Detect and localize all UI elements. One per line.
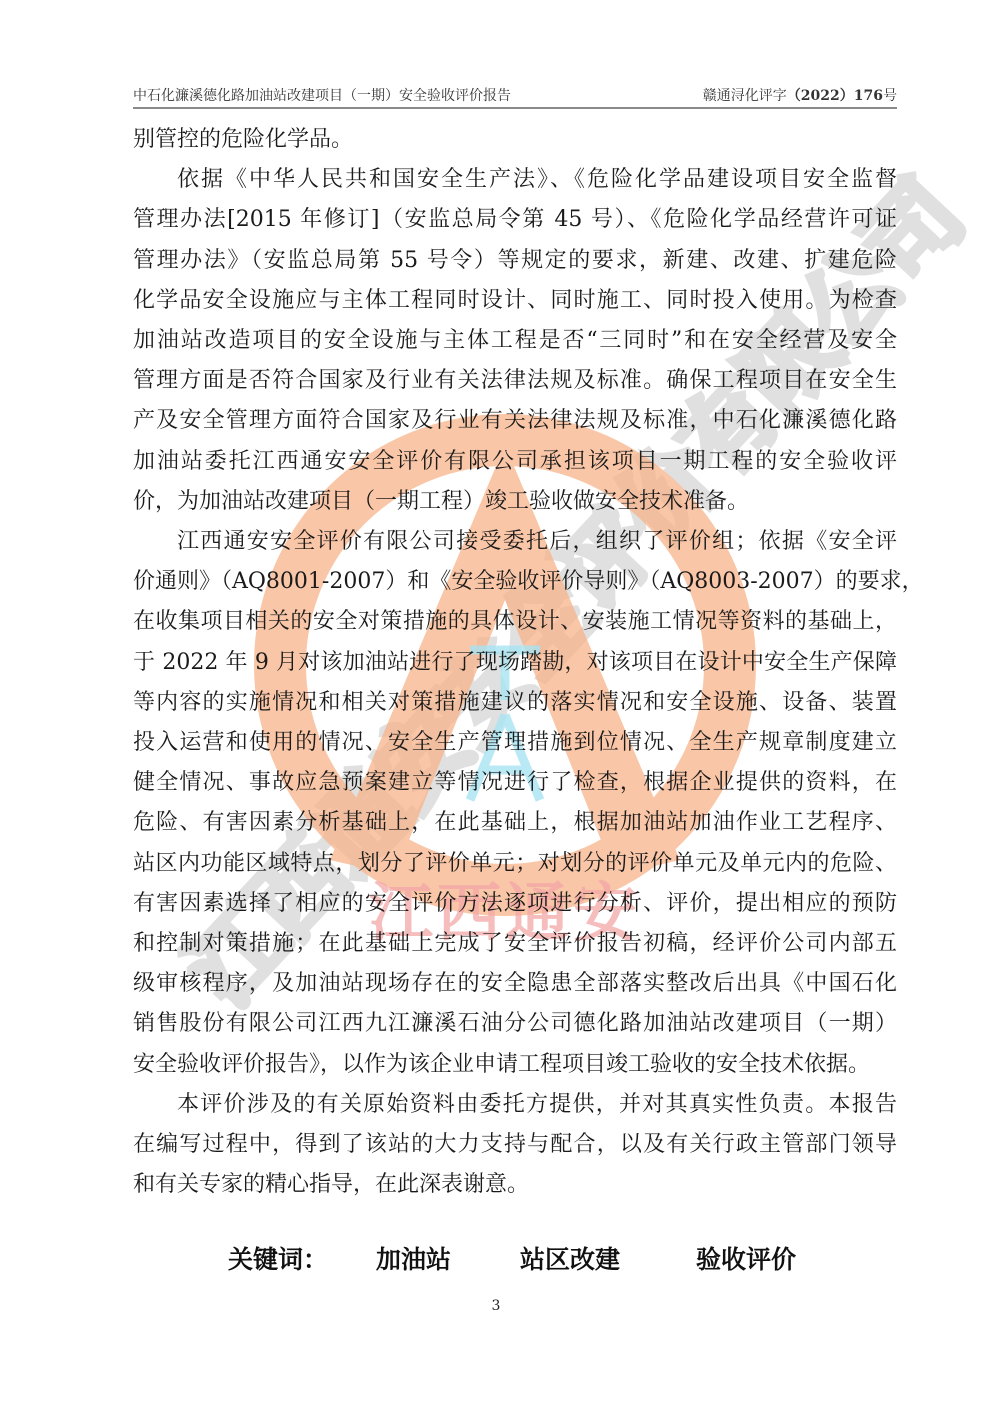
text-line: 和控制对策措施；在此基础上完成了安全评价报告初稿，经评价公司内部五 <box>133 924 897 964</box>
text-line: 管理办法[2015 年修订]（安监总局令第 45 号）、《危险化学品经营许可证 <box>133 200 897 240</box>
text-line: 有害因素选择了相应的安全评价方法逐项进行分析、评价，提出相应的预防 <box>133 884 897 924</box>
paragraph: 别管控的危险化学品。 <box>133 120 897 160</box>
keywords-label: 关键词： <box>228 1240 328 1280</box>
keyword-item: 验收评价 <box>696 1240 796 1280</box>
text-line: 管理方面是否符合国家及行业有关法律法规及标准。确保工程项目在安全生 <box>133 361 897 401</box>
body-text: 别管控的危险化学品。依据《中华人民共和国安全生产法》、《危险化学品建设项目安全监… <box>133 120 897 1205</box>
text-line: 加油站委托江西通安安全评价有限公司承担该项目一期工程的安全验收评 <box>133 442 897 482</box>
paragraph: 本评价涉及的有关原始资料由委托方提供，并对其真实性负责。本报告在编写过程中，得到… <box>133 1085 897 1206</box>
text-line: 价，为加油站改建项目（一期工程）竣工验收做安全技术准备。 <box>133 482 897 522</box>
text-line: 站区内功能区域特点，划分了评价单元；对划分的评价单元及单元内的危险、 <box>133 844 897 884</box>
document-page: 江西通安安全评价有限公司 江西通安 中石化濂溪德化路加油站改建项目（一期）安全验… <box>0 0 992 1403</box>
header-report-title: 中石化濂溪德化路加油站改建项目（一期）安全验收评价报告 <box>133 86 511 106</box>
page-number: 3 <box>0 1296 992 1316</box>
text-line: 健全情况、事故应急预案建立等情况进行了检查，根据企业提供的资料，在 <box>133 763 897 803</box>
text-line: 本评价涉及的有关原始资料由委托方提供，并对其真实性负责。本报告 <box>133 1085 897 1125</box>
paragraph: 江西通安安全评价有限公司接受委托后，组织了评价组；依据《安全评价通则》（AQ80… <box>133 522 897 1085</box>
text-line: 依据《中华人民共和国安全生产法》、《危险化学品建设项目安全监督 <box>133 160 897 200</box>
doc-number-prefix: 赣通浔化评字 <box>703 88 787 104</box>
text-line: 于 2022 年 9 月对该加油站进行了现场踏勘，对该项目在设计中安全生产保障 <box>133 643 897 683</box>
text-line: 级审核程序，及加油站现场存在的安全隐患全部落实整改后出具《中国石化 <box>133 964 897 1004</box>
keyword-item: 站区改建 <box>520 1240 620 1280</box>
doc-number-year: （2022） <box>787 88 854 104</box>
text-line: 管理办法》（安监总局第 55 号令）等规定的要求，新建、改建、扩建危险 <box>133 241 897 281</box>
text-line: 投入运营和使用的情况、安全生产管理措施到位情况、全生产规章制度建立 <box>133 723 897 763</box>
text-line: 在编写过程中，得到了该站的大力支持与配合，以及有关行政主管部门领导 <box>133 1125 897 1165</box>
text-line: 和有关专家的精心指导，在此深表谢意。 <box>133 1165 897 1205</box>
keywords-row: 关键词： 加油站 站区改建 验收评价 <box>228 1240 808 1280</box>
text-line: 危险、有害因素分析基础上，在此基础上，根据加油站加油作业工艺程序、 <box>133 803 897 843</box>
text-line: 在收集项目相关的安全对策措施的具体设计、安装施工情况等资料的基础上， <box>133 602 897 642</box>
text-line: 江西通安安全评价有限公司接受委托后，组织了评价组；依据《安全评 <box>133 522 897 562</box>
text-line: 产及安全管理方面符合国家及行业有关法律法规及标准，中石化濂溪德化路 <box>133 401 897 441</box>
text-line: 安全验收评价报告》，以作为该企业申请工程项目竣工验收的安全技术依据。 <box>133 1045 897 1085</box>
header-document-number: 赣通浔化评字（2022）176号 <box>703 86 897 106</box>
text-line: 化学品安全设施应与主体工程同时设计、同时施工、同时投入使用。为检查 <box>133 281 897 321</box>
doc-number-value: 176 <box>854 88 883 104</box>
doc-number-suffix: 号 <box>883 88 897 104</box>
header-divider <box>133 107 897 109</box>
text-line: 销售股份有限公司江西九江濂溪石油分公司德化路加油站改建项目（一期） <box>133 1004 897 1044</box>
text-line: 价通则》（AQ8001-2007）和《安全验收评价导则》（AQ8003-2007… <box>133 562 897 602</box>
running-header: 中石化濂溪德化路加油站改建项目（一期）安全验收评价报告 赣通浔化评字（2022）… <box>133 86 897 106</box>
text-line: 等内容的实施情况和相关对策措施建议的落实情况和安全设施、设备、装置 <box>133 683 897 723</box>
text-line: 别管控的危险化学品。 <box>133 120 897 160</box>
text-line: 加油站改造项目的安全设施与主体工程是否“三同时”和在安全经营及安全 <box>133 321 897 361</box>
keyword-item: 加油站 <box>376 1240 451 1280</box>
paragraph: 依据《中华人民共和国安全生产法》、《危险化学品建设项目安全监督管理办法[2015… <box>133 160 897 522</box>
